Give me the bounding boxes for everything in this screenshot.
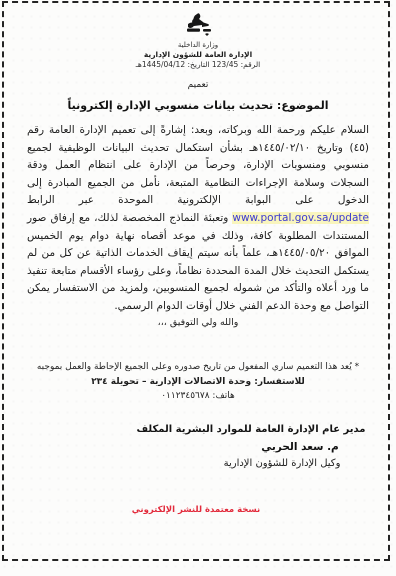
body-text-before-link: السلام عليكم ورحمة الله وبركاته، وبعد: إ… xyxy=(27,124,369,206)
national-emblem-icon xyxy=(180,12,216,41)
document-type-label: تعميم xyxy=(0,80,396,90)
red-stamp-line: نسخة معتمدة للنشر الإلكتروني xyxy=(120,505,272,515)
note-line-1: * يُعد هذا التعميم ساري المفعول من تاريخ… xyxy=(0,362,396,372)
closing-phrase: والله ولي التوفيق ،،، xyxy=(0,317,396,328)
note-line-2: للاستفسار: وحدة الاتصالات الإدارية – تحو… xyxy=(0,377,396,387)
signature-position-line: مدير عام الإدارة العامة للموارد البشرية … xyxy=(126,424,376,435)
portal-link[interactable]: www.portal.gov.sa/update xyxy=(232,212,369,224)
org-department-line: الإدارة العامة للشؤون الإدارية xyxy=(0,50,396,59)
subject-title: الموضوع: تحديث بيانات منسوبي الإدارة إلك… xyxy=(0,99,396,112)
note-line-3: هاتف: ٠١١٢٣٤٥٦٧٨ xyxy=(0,391,396,401)
org-name-line: وزارة الداخلية xyxy=(0,41,396,49)
letter-body-paragraph: السلام عليكم ورحمة الله وبركاته، وبعد: إ… xyxy=(27,122,369,316)
scanned-letter-page: وزارة الداخلية الإدارة العامة للشؤون الإ… xyxy=(0,0,396,576)
signature-title-line: وكيل الإدارة للشؤون الإدارية xyxy=(198,458,366,469)
signature-name: م. سعد الحربي xyxy=(238,441,362,453)
body-text-after-link: وتعبئة النماذج المخصصة لذلك، مع إرفاق صو… xyxy=(27,212,369,312)
reference-date-line: الرقم: 123/45 التاريخ: 1445/04/12هـ xyxy=(0,60,396,69)
